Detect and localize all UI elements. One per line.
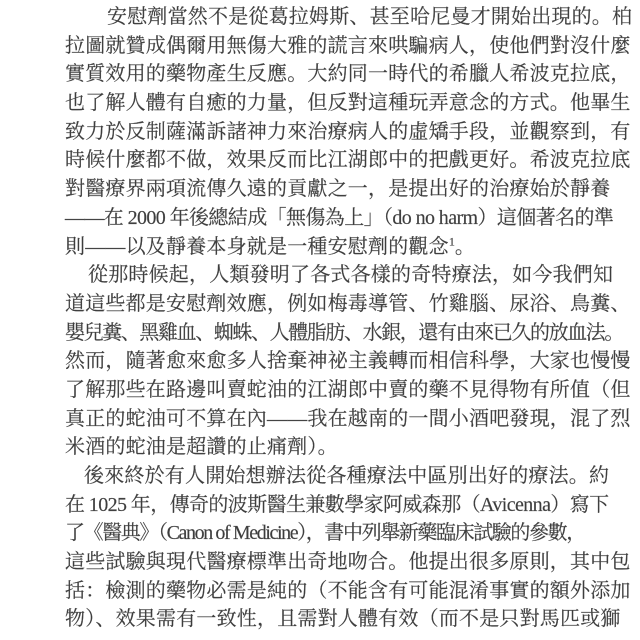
text-line: 對醫療界兩項流傳久遠的貢獻之一，是提出好的治療始於靜養 [65,175,629,204]
text-run: 。 [455,236,475,258]
text-line: 了《醫典》（Canon of Medicine），書中列舉新藥臨床試驗的參數， [65,519,629,548]
text-line: 致力於反制薩滿訴諸神力來治療病人的虛矯手段，並觀察到，有 [65,118,629,147]
text-line: 也了解人體有自癒的力量，但反對這種玩弄意念的方式。他畢生 [65,89,629,118]
document-page: 安慰劑當然不是從葛拉姆斯、甚至哈尼曼才開始出現的。柏 拉圖就贊成偶爾用無傷大雅的… [0,0,640,640]
text-line: 然而，隨著愈來愈多人捨棄神祕主義轉而相信科學，大家也慢慢 [65,347,629,376]
text-run: 則——以及靜養本身就是一種安慰劑的觀念 [65,236,449,258]
text-line: 時候什麼都不做，效果反而比江湖郎中的把戲更好。希波克拉底 [65,146,629,175]
paragraph: 從那時候起，人類發明了各式各樣的奇特療法，如今我們知 道這些都是安慰劑效應，例如… [65,261,629,462]
text-line: 括：檢測的藥物必需是純的（不能含有可能混淆事實的額外添加 [65,577,629,606]
paragraph: 後來終於有人開始想辦法從各種療法中區別出好的療法。約 在 1025 年，傳奇的波… [65,462,629,634]
text-line: 這些試驗與現代醫療標準出奇地吻合。他提出很多原則，其中包 [65,548,629,577]
paragraph: 安慰劑當然不是從葛拉姆斯、甚至哈尼曼才開始出現的。柏 拉圖就贊成偶爾用無傷大雅的… [65,3,629,261]
text-line: ——在 2000 年後總結成「無傷為上」（do no harm）這個著名的準 [65,204,629,233]
text-line: 安慰劑當然不是從葛拉姆斯、甚至哈尼曼才開始出現的。柏 [65,3,629,32]
text-line: 物）、效果需有一致性，且需對人體有效（而不是只對馬匹或獅 [65,605,629,634]
text-line: 實質效用的藥物產生反應。大約同一時代的希臘人希波克拉底， [65,60,629,89]
text-block: 安慰劑當然不是從葛拉姆斯、甚至哈尼曼才開始出現的。柏 拉圖就贊成偶爾用無傷大雅的… [65,3,629,634]
text-line: 則——以及靜養本身就是一種安慰劑的觀念1。 [65,233,629,262]
text-line: 米酒的蛇油是超讚的止痛劑）。 [65,433,629,462]
text-line: 了解那些在路邊叫賣蛇油的江湖郎中賣的藥不見得物有所值（但 [65,376,629,405]
text-line: 拉圖就贊成偶爾用無傷大雅的謊言來哄騙病人，使他們對沒什麼 [65,32,629,61]
text-line: 從那時候起，人類發明了各式各樣的奇特療法，如今我們知 [65,261,629,290]
text-line: 道這些都是安慰劑效應，例如梅毒導管、竹雞腦、尿浴、鳥糞、 [65,290,629,319]
text-line: 嬰兒糞、黑雞血、蜘蛛、人體脂肪、水銀，還有由來已久的放血法。 [65,319,629,348]
text-line: 在 1025 年，傳奇的波斯醫生兼數學家阿威森那（Avicenna）寫下 [65,491,629,520]
text-line: 真正的蛇油可不算在內——我在越南的一間小酒吧發現，混了烈 [65,405,629,434]
text-line: 後來終於有人開始想辦法從各種療法中區別出好的療法。約 [65,462,629,491]
